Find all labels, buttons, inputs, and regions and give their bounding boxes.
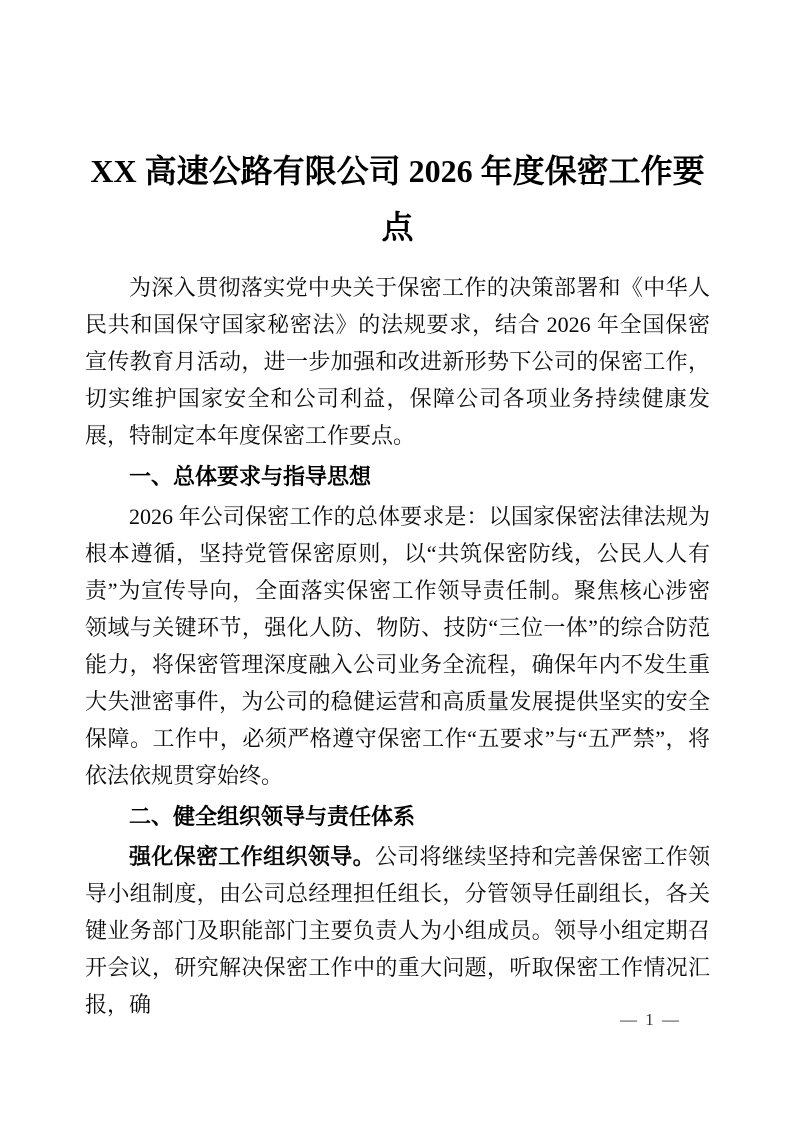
section-2-lead: 强化保密工作组织领导。 [129,844,375,869]
section-1-paragraph: 2026 年公司保密工作的总体要求是：以国家保密法律法规为根本遵循，坚持党管保密… [85,498,710,794]
section-2-heading: 二、健全组织领导与责任体系 [85,798,710,835]
section-1-heading: 一、总体要求与指导思想 [85,458,710,495]
section-2-body-text: 公司将继续坚持和完善保密工作领导小组制度，由公司总经理担任组长，分管领导任副组长… [85,844,710,1017]
document-title: XX 高速公路有限公司 2026 年度保密工作要点 [85,143,710,255]
page-number: — 1 — [620,1008,681,1032]
document-page: XX 高速公路有限公司 2026 年度保密工作要点 为深入贯彻落实党中央关于保密… [0,0,793,1122]
intro-paragraph: 为深入贯彻落实党中央关于保密工作的决策部署和《中华人民共和国保守国家秘密法》的法… [85,269,710,454]
section-2-paragraph: 强化保密工作组织领导。公司将继续坚持和完善保密工作领导小组制度，由公司总经理担任… [85,838,710,1023]
